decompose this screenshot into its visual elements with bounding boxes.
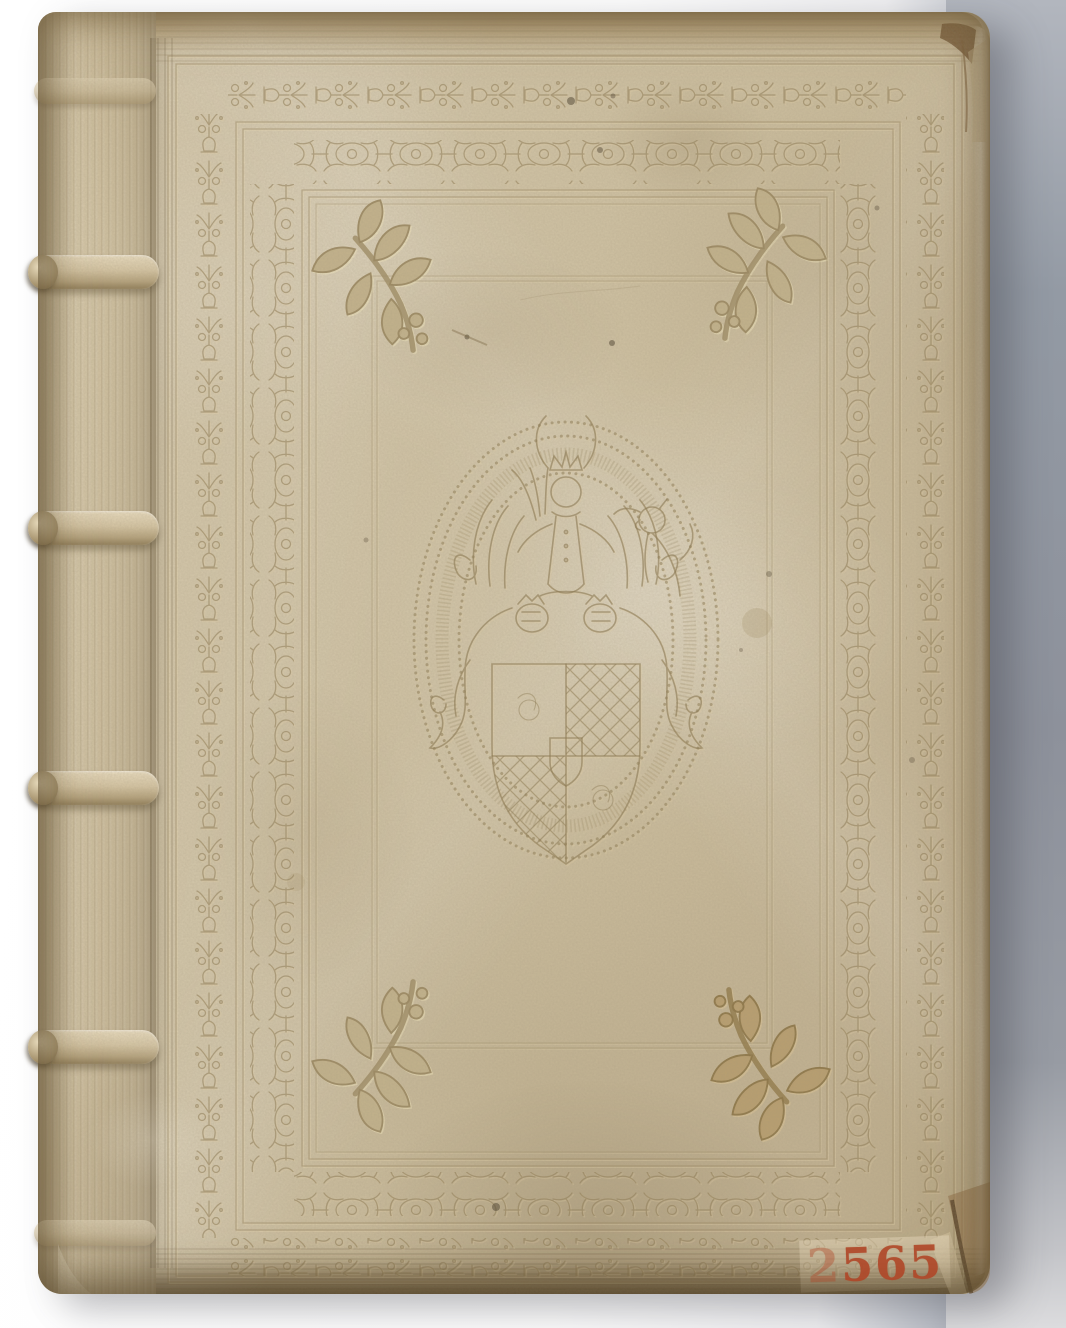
photograph: 2565	[0, 0, 1066, 1328]
vellum-grain	[38, 12, 990, 1294]
blind-tooling-decoration	[0, 0, 1066, 1328]
stamp-number: 565	[840, 1235, 944, 1293]
stamp-prefix-digit: 2	[806, 1238, 842, 1293]
shelf-number-stamp: 2565	[799, 1235, 951, 1292]
